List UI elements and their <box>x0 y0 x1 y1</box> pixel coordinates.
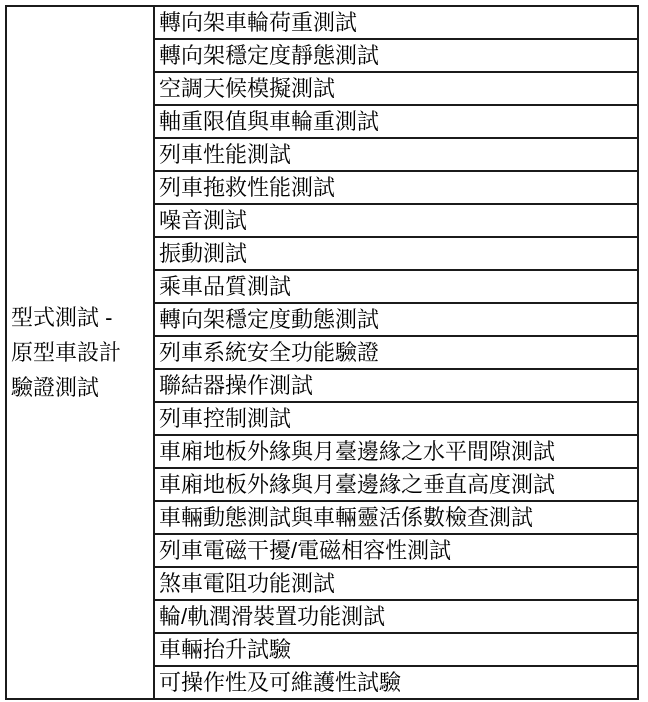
test-cell: 可操作性及可維護性試驗 <box>154 666 638 699</box>
test-cell: 煞車電阻功能測試 <box>154 567 638 600</box>
test-cell: 車廂地板外緣與月臺邊緣之垂直高度測試 <box>154 468 638 501</box>
test-cell: 噪音測試 <box>154 204 638 237</box>
test-cell: 列車控制測試 <box>154 402 638 435</box>
test-cell: 聯結器操作測試 <box>154 369 638 402</box>
test-cell: 乘車品質測試 <box>154 270 638 303</box>
test-cell: 轉向架穩定度靜態測試 <box>154 39 638 72</box>
test-cell: 轉向架車輪荷重測試 <box>154 6 638 39</box>
test-cell: 列車電磁干擾/電磁相容性測試 <box>154 534 638 567</box>
category-line-2: 原型車設計 <box>11 335 151 370</box>
category-line-1: 型式測試 - <box>11 300 151 335</box>
test-cell: 列車系統安全功能驗證 <box>154 336 638 369</box>
test-cell: 軸重限值與車輪重測試 <box>154 105 638 138</box>
type-test-table: 型式測試 - 原型車設計 驗證測試 轉向架車輪荷重測試 轉向架穩定度靜態測試 空… <box>5 5 639 700</box>
document-table-container: 型式測試 - 原型車設計 驗證測試 轉向架車輪荷重測試 轉向架穩定度靜態測試 空… <box>5 5 639 700</box>
test-cell: 空調天候模擬測試 <box>154 72 638 105</box>
test-cell: 車輛抬升試驗 <box>154 633 638 666</box>
test-cell: 輪/軌潤滑裝置功能測試 <box>154 600 638 633</box>
test-cell: 轉向架穩定度動態測試 <box>154 303 638 336</box>
test-cell: 振動測試 <box>154 237 638 270</box>
test-cell: 列車拖救性能測試 <box>154 171 638 204</box>
test-row: 型式測試 - 原型車設計 驗證測試 轉向架車輪荷重測試 <box>6 6 638 39</box>
category-cell: 型式測試 - 原型車設計 驗證測試 <box>6 6 154 699</box>
test-cell: 列車性能測試 <box>154 138 638 171</box>
test-cell: 車輛動態測試與車輛靈活係數檢查測試 <box>154 501 638 534</box>
category-line-3: 驗證測試 <box>11 370 151 405</box>
test-cell: 車廂地板外緣與月臺邊緣之水平間隙測試 <box>154 435 638 468</box>
